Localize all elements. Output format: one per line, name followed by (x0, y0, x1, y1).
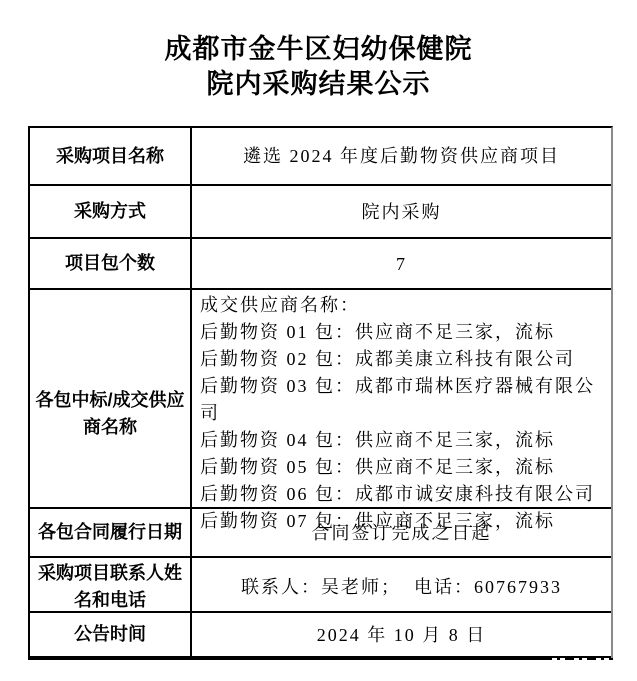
row-value: 成交供应商名称： 后勤物资 01 包：供应商不足三家，流标 后勤物资 02 包：… (192, 290, 611, 537)
table-row-contract-date: 各包合同履行日期 合同签订完成之日起 (30, 509, 611, 558)
row-value: 联系人：吴老师； 电话：60767933 (192, 558, 611, 616)
row-label: 项目包个数 (30, 239, 192, 288)
page-title-line-2: 院内采购结果公示 (0, 67, 637, 102)
table-row-contact: 采购项目联系人姓名和电话 联系人：吴老师； 电话：60767933 (30, 558, 611, 613)
supplier-line: 后勤物资 06 包：成都市诚安康科技有限公司 (200, 481, 595, 508)
supplier-line: 后勤物资 05 包：供应商不足三家，流标 (200, 454, 555, 481)
row-label: 采购项目名称 (30, 128, 192, 184)
page-title: 成都市金牛区妇幼保健院 院内采购结果公示 (0, 32, 637, 102)
table-row-winning-suppliers: 各包中标/成交供应商名称 成交供应商名称： 后勤物资 01 包：供应商不足三家，… (30, 290, 611, 509)
supplier-line: 后勤物资 04 包：供应商不足三家，流标 (200, 427, 555, 454)
supplier-line: 成交供应商名称： (200, 292, 360, 319)
procurement-result-table: 采购项目名称 遴选 2024 年度后勤物资供应商项目 采购方式 院内采购 项目包… (28, 126, 613, 660)
row-label: 各包中标/成交供应商名称 (30, 290, 192, 537)
row-label: 各包合同履行日期 (30, 509, 192, 556)
row-value: 遴选 2024 年度后勤物资供应商项目 (192, 128, 611, 184)
table-row-package-count: 项目包个数 7 (30, 239, 611, 290)
supplier-line: 后勤物资 03 包：成都市瑞林医疗器械有限公司 (200, 373, 605, 427)
row-label: 采购方式 (30, 186, 192, 237)
announcement-page: 成都市金牛区妇幼保健院 院内采购结果公示 采购项目名称 遴选 2024 年度后勤… (0, 0, 637, 681)
row-value: 7 (192, 239, 611, 288)
supplier-line: 后勤物资 02 包：成都美康立科技有限公司 (200, 346, 575, 373)
table-row-procurement-method: 采购方式 院内采购 (30, 186, 611, 239)
row-label: 公告时间 (30, 613, 192, 656)
page-title-line-1: 成都市金牛区妇幼保健院 (0, 32, 637, 67)
table-row-announcement-time: 公告时间 2024 年 10 月 8 日 (30, 613, 611, 658)
table-bottom-dashed-border (543, 658, 613, 660)
row-value: 合同签订完成之日起 (192, 509, 611, 556)
table-row-project-name: 采购项目名称 遴选 2024 年度后勤物资供应商项目 (30, 128, 611, 186)
supplier-line: 后勤物资 01 包：供应商不足三家，流标 (200, 319, 555, 346)
row-value: 2024 年 10 月 8 日 (192, 613, 611, 656)
row-value: 院内采购 (192, 186, 611, 237)
row-label: 采购项目联系人姓名和电话 (30, 558, 192, 616)
